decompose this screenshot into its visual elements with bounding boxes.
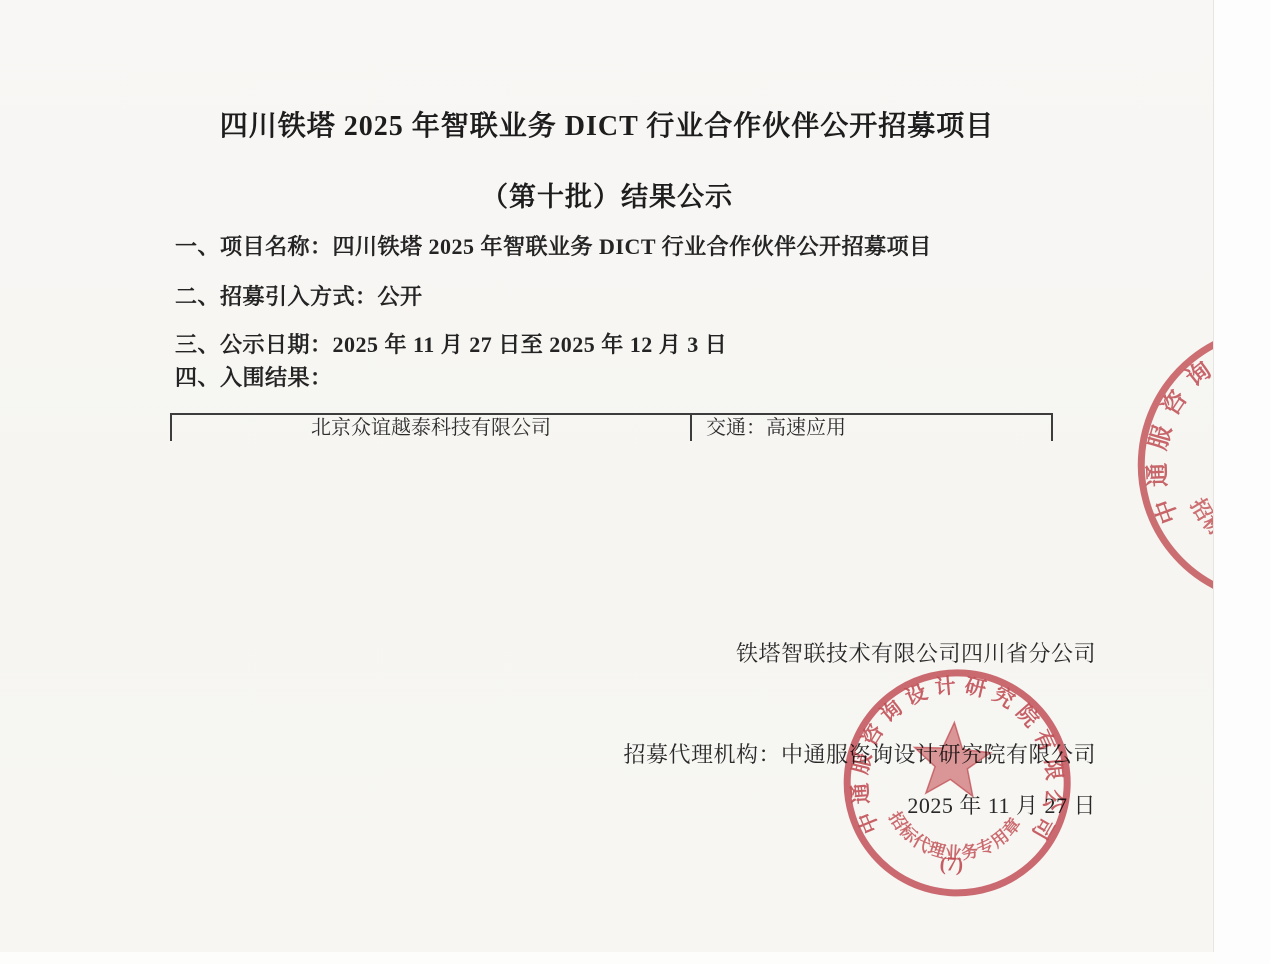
seal-ring bbox=[1128, 316, 1214, 615]
signature-date: 2025 年 11 月 27 日 bbox=[907, 789, 1096, 820]
item-publicity-period: 三、公示日期：2025 年 11 月 27 日至 2025 年 12 月 3 日 bbox=[175, 328, 727, 359]
item-recruit-method-label: 二、招募引入方式： bbox=[175, 284, 378, 309]
item-publicity-period-value: 2025 年 11 月 27 日至 2025 年 12 月 3 日 bbox=[333, 332, 728, 357]
document-subtitle: （第十批）结果公示 bbox=[0, 175, 1214, 214]
item-project-name: 一、项目名称：四川铁塔 2025 年智联业务 DICT 行业合作伙伴公开招募项目 bbox=[175, 230, 932, 261]
table-cell-company: 北京众谊越泰科技有限公司 bbox=[172, 415, 690, 441]
result-table: 北京众谊越泰科技有限公司 交通：高速应用 bbox=[170, 413, 1053, 441]
seal-ring-text: 中通服咨询设计研究院有限公司 bbox=[1136, 317, 1214, 554]
seal-bottom-text: 招标代理业务专用章 bbox=[1180, 486, 1214, 574]
seal-number: (7) bbox=[939, 853, 964, 877]
item-project-name-value: 四川铁塔 2025 年智联业务 DICT 行业合作伙伴公开招募项目 bbox=[333, 234, 932, 259]
item-shortlist-result-label: 四、入围结果： bbox=[175, 365, 333, 390]
agency-round-seal: 中通服咨询设计研究院有限公司 招标代理业务专用章 (7) bbox=[825, 650, 1092, 922]
table-cell-category: 交通：高速应用 bbox=[690, 415, 1051, 441]
item-project-name-label: 一、项目名称： bbox=[175, 234, 333, 259]
document-title: 四川铁塔 2025 年智联业务 DICT 行业合作伙伴公开招募项目 bbox=[0, 104, 1214, 144]
document-paper: 四川铁塔 2025 年智联业务 DICT 行业合作伙伴公开招募项目 （第十批）结… bbox=[0, 0, 1214, 952]
item-publicity-period-label: 三、公示日期： bbox=[175, 332, 333, 357]
item-recruit-method: 二、招募引入方式：公开 bbox=[175, 280, 423, 311]
item-recruit-method-value: 公开 bbox=[378, 284, 423, 309]
agency-round-seal-graphic: 中通服咨询设计研究院有限公司 招标代理业务专用章 (7) bbox=[826, 650, 1093, 917]
scanner-background-strip bbox=[1214, 0, 1270, 964]
signature-company: 铁塔智联技术有限公司四川省分公司 bbox=[736, 637, 1096, 668]
scanned-document-page: { "page": { "title_line1": "四川铁塔 2025 年智… bbox=[0, 0, 1270, 964]
item-shortlist-result: 四、入围结果： bbox=[175, 361, 333, 392]
signature-agency: 招募代理机构：中通服咨询设计研究院有限公司 bbox=[623, 738, 1096, 769]
partial-round-seal: 中通服咨询设计研究院有限公司 招标代理业务专用章 bbox=[1112, 300, 1214, 635]
partial-round-seal-graphic: 中通服咨询设计研究院有限公司 招标代理业务专用章 bbox=[1112, 300, 1214, 630]
seal-ring bbox=[840, 665, 1075, 900]
